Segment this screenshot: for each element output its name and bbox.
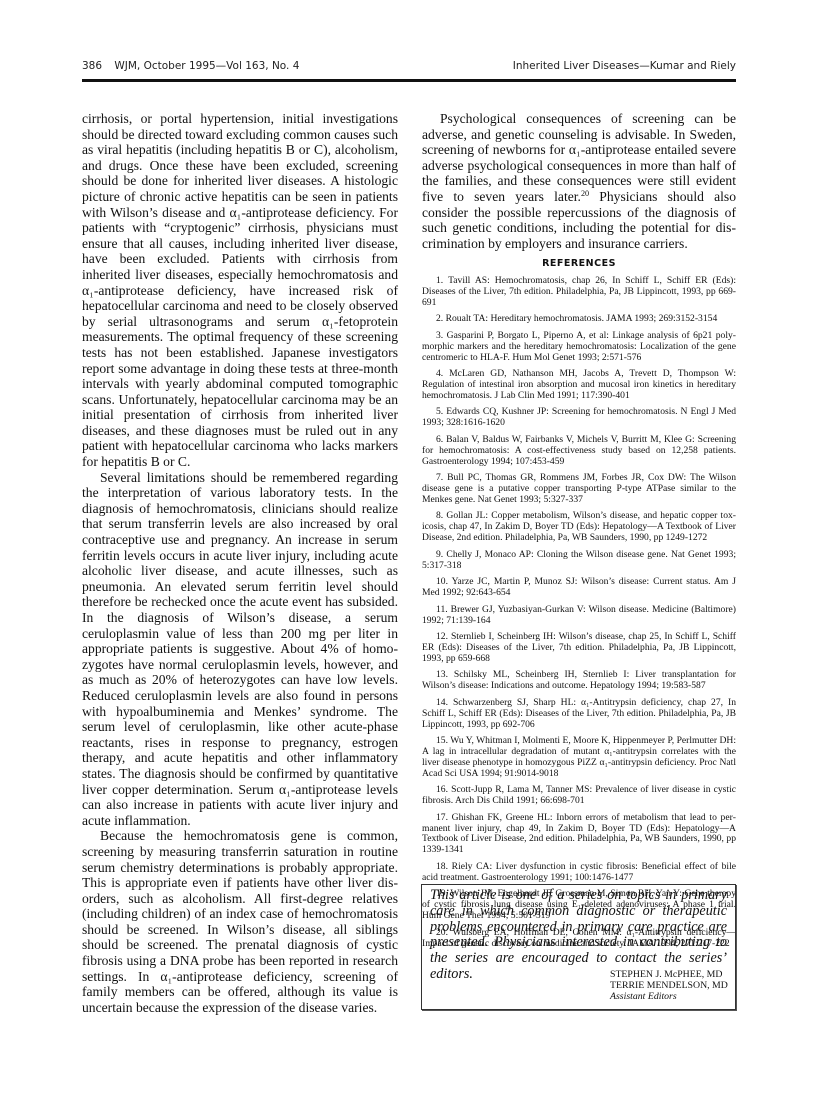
reference-item: 11. Brewer GJ, Yuzbasiyan-Gurkan V: Wils… [422,605,736,627]
reference-item: 8. Gollan JL: Copper metabolism, Wilson’… [422,511,736,544]
editor-role: Assistant Editors [610,991,728,1002]
left-column: cirrhosis, or portal hypertension, initi… [82,111,398,1015]
running-header: 386 WJM, October 1995—Vol 163, No. 4 Inh… [82,52,736,78]
running-title: Inherited Liver Diseases—Kumar and Riely [513,60,736,72]
header-rule [82,79,736,82]
references-heading: REFERENCES [422,258,736,269]
reference-item: 4. McLaren GD, Nathanson MH, Jacobs A, T… [422,369,736,402]
reference-item: 13. Schilsky ML, Scheinberg IH, Sternlie… [422,670,736,692]
series-note-box: This article is one of a series on topic… [421,884,736,1010]
body-paragraph: Because the hemochromatosis gene is comm… [82,828,398,1015]
reference-item: 1. Tavill AS: Hemochromatosis, chap 26, … [422,276,736,309]
reference-item: 15. Wu Y, Whitman I, Molmenti E, Moore K… [422,736,736,780]
body-paragraph: Several limitations should be remembered… [82,470,398,829]
reference-item: 7. Bull PC, Thomas GR, Rommens JM, Forbe… [422,473,736,506]
reference-item: 3. Gasparini P, Borgato L, Piperno A, et… [422,331,736,364]
body-paragraph: cirrhosis, or portal hypertension, initi… [82,111,398,470]
right-column: Psychological consequences of screening … [422,111,736,251]
journal-citation: WJM, October 1995—Vol 163, No. 4 [114,60,299,72]
editor-name: TERRIE MENDELSON, MD [610,980,728,991]
reference-item: 17. Ghishan FK, Greene HL: Inborn errors… [422,813,736,857]
reference-item: 9. Chelly J, Monaco AP: Cloning the Wils… [422,550,736,572]
references-list: 1. Tavill AS: Hemochromatosis, chap 26, … [422,276,736,955]
reference-item: 6. Balan V, Baldus W, Fairbanks V, Miche… [422,435,736,468]
reference-item: 5. Edwards CQ, Kushner JP: Screening for… [422,407,736,429]
citation-superscript: 20 [581,189,589,198]
editors-signature: STEPHEN J. McPHEE, MD TERRIE MENDELSON, … [610,969,728,1003]
reference-item: 14. Schwarzenberg SJ, Sharp HL: α₁-Antit… [422,698,736,731]
reference-item: 12. Sternlieb I, Scheinberg IH: Wilson’s… [422,632,736,665]
body-paragraph: Psychological consequences of screening … [422,111,736,251]
reference-item: 18. Riely CA: Liver dysfunction in cysti… [422,862,736,884]
reference-item: 16. Scott-Jupp R, Lama M, Tanner MS: Pre… [422,785,736,807]
reference-item: 2. Roualt TA: Hereditary hemochromatosis… [422,314,736,325]
editor-name: STEPHEN J. McPHEE, MD [610,969,728,980]
page-number: 386 [82,60,102,72]
reference-item: 10. Yarze JC, Martin P, Munoz SJ: Wilson… [422,577,736,599]
header-left: 386 WJM, October 1995—Vol 163, No. 4 [82,60,299,72]
